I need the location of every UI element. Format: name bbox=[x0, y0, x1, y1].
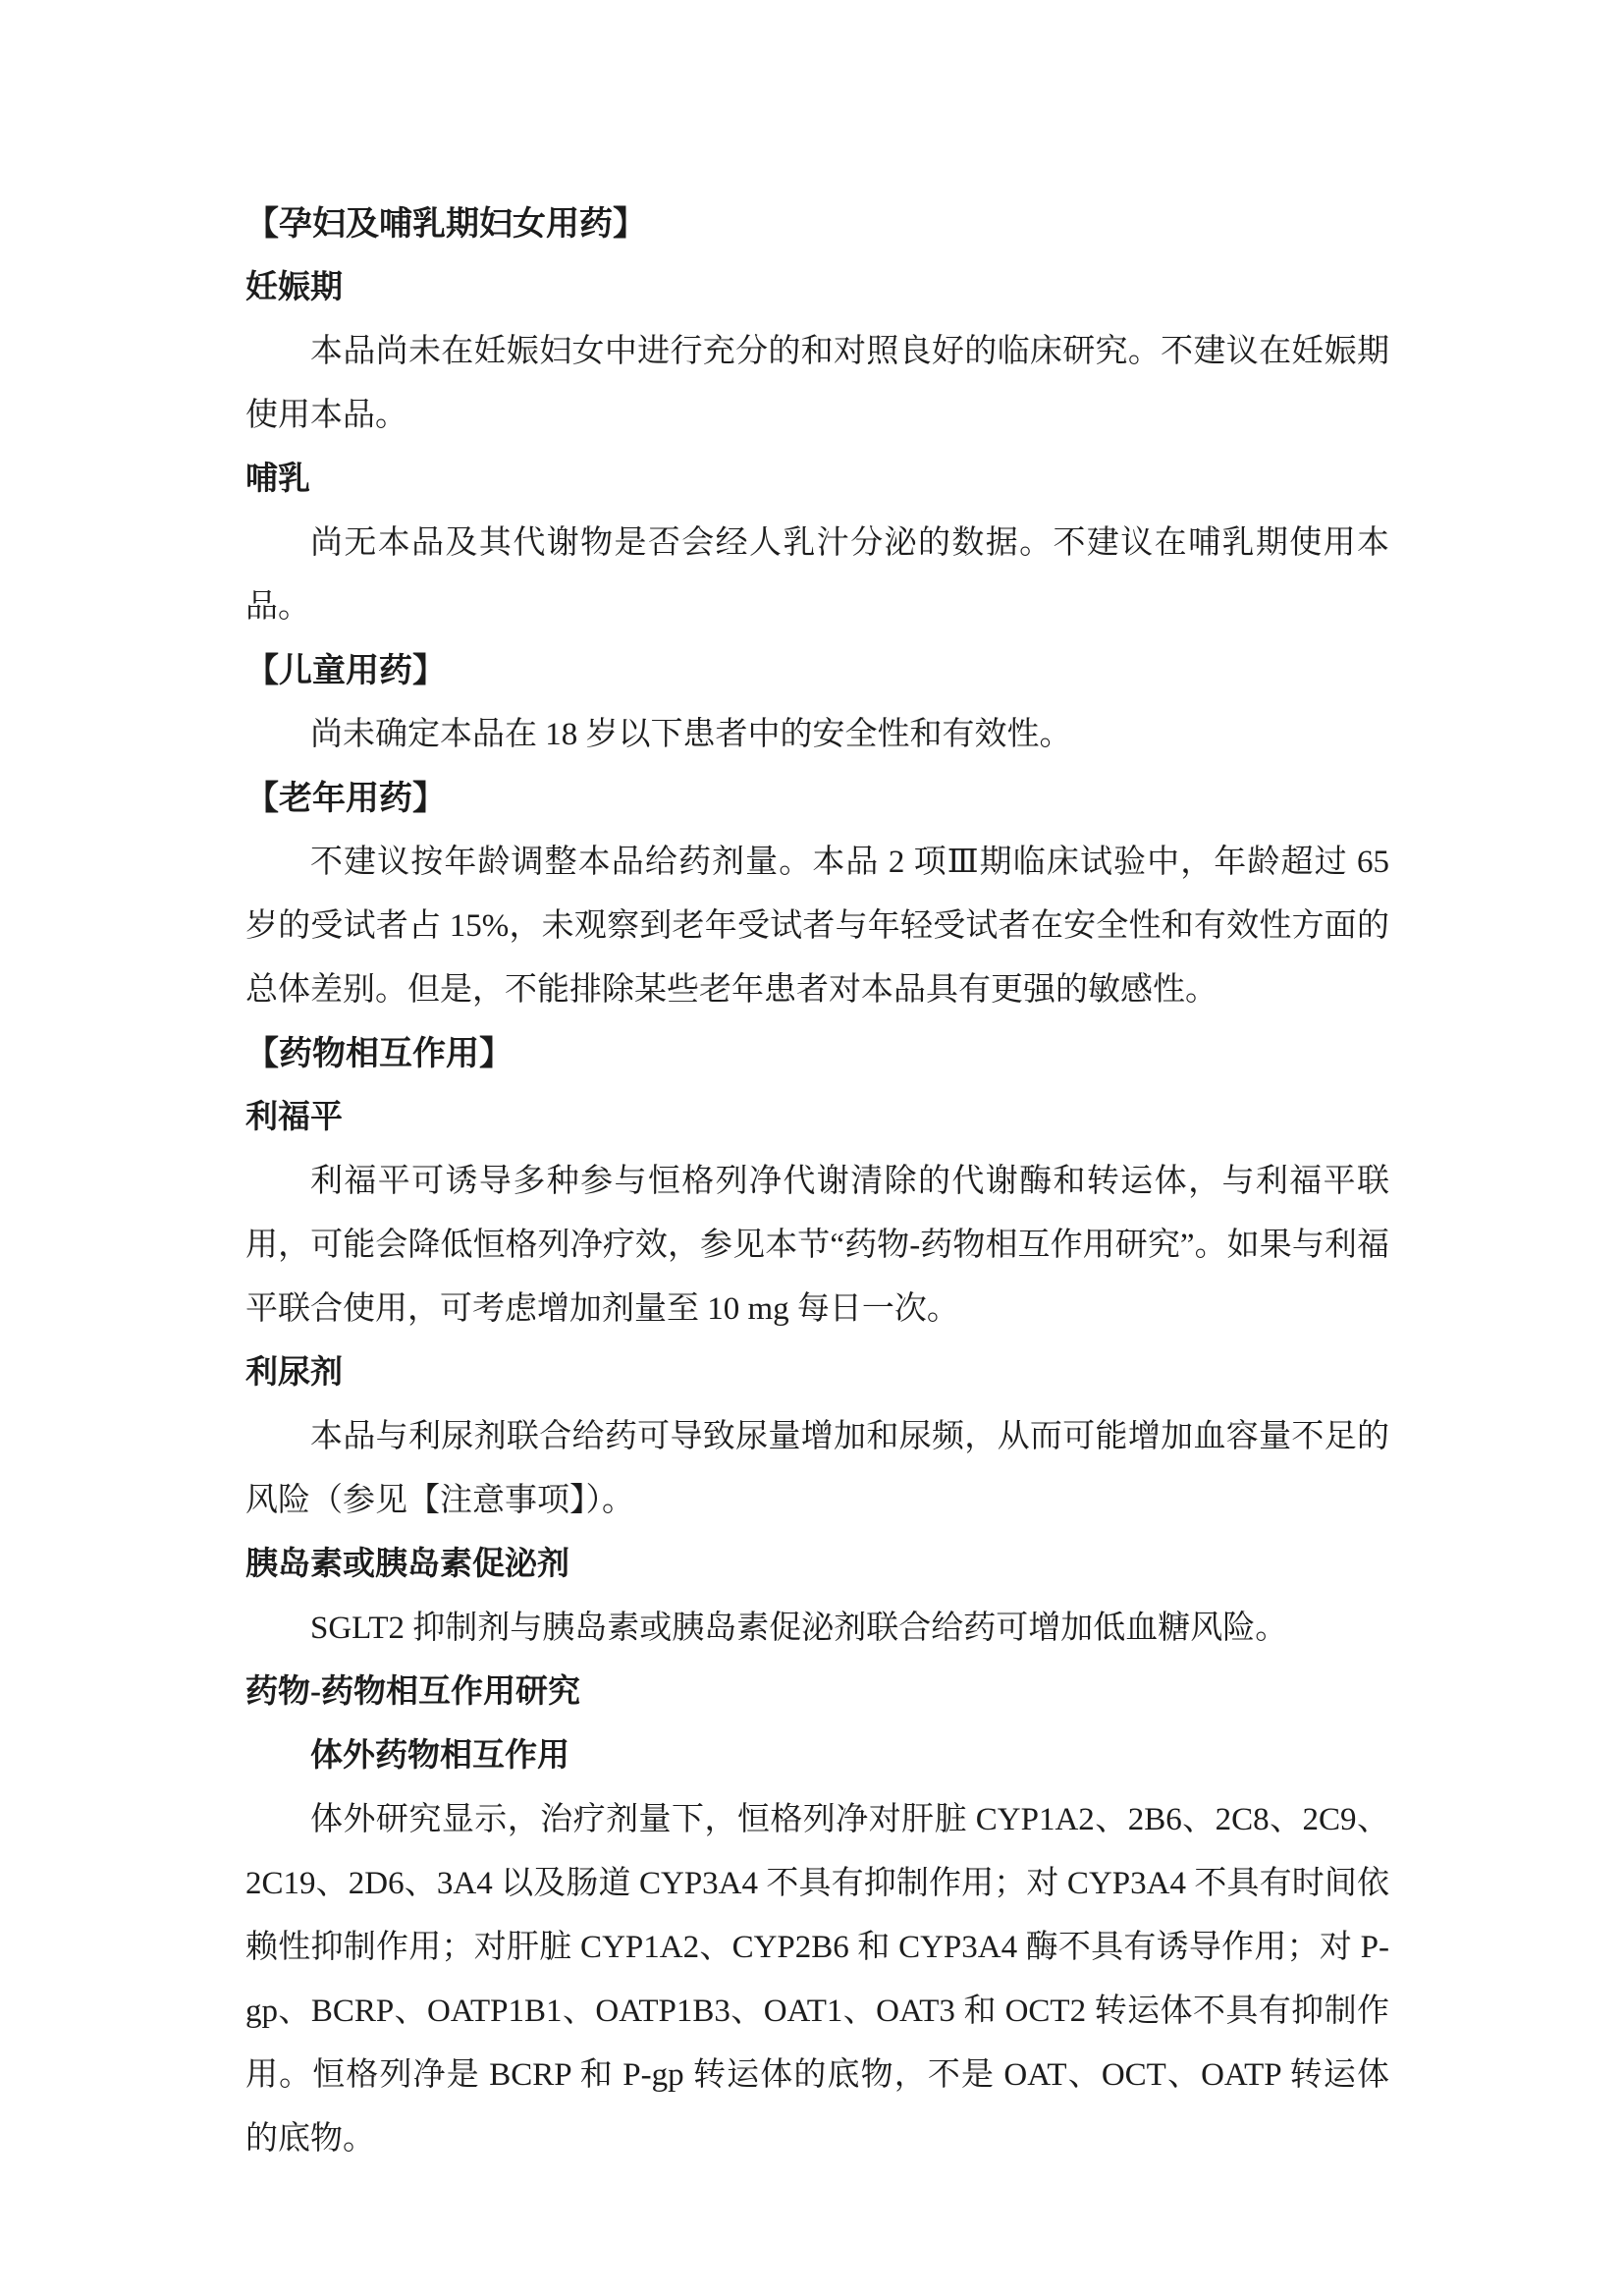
para-invitro-drug-interactions: 体外研究显示，治疗剂量下，恒格列净对肝脏 CYP1A2、2B6、2C8、2C9、… bbox=[245, 1788, 1389, 2171]
subheading-lactation: 哺乳 bbox=[245, 448, 1389, 512]
para-pregnancy: 本品尚未在妊娠妇女中进行充分的和对照良好的临床研究。不建议在妊娠期使用本品。 bbox=[245, 320, 1389, 448]
para-lactation: 尚无本品及其代谢物是否会经人乳汁分泌的数据。不建议在哺乳期使用本品。 bbox=[245, 512, 1389, 639]
subheading-pregnancy: 妊娠期 bbox=[245, 256, 1389, 320]
para-pediatric-use: 尚未确定本品在 18 岁以下患者中的安全性和有效性。 bbox=[245, 703, 1389, 767]
para-rifampin: 利福平可诱导多种参与恒格列净代谢清除的代谢酶和转运体，与利福平联用，可能会降低恒… bbox=[245, 1150, 1389, 1341]
para-geriatric-use: 不建议按年龄调整本品给药剂量。本品 2 项Ⅲ期临床试验中，年龄超过 65 岁的受… bbox=[245, 831, 1389, 1022]
para-diuretics: 本品与利尿剂联合给药可导致尿量增加和尿频，从而可能增加血容量不足的风险（参见【注… bbox=[245, 1405, 1389, 1533]
subheading-rifampin: 利福平 bbox=[245, 1086, 1389, 1150]
subheading-invitro-drug-interactions: 体外药物相互作用 bbox=[245, 1724, 1389, 1788]
subheading-drug-drug-interaction-studies: 药物-药物相互作用研究 bbox=[245, 1661, 1389, 1724]
subheading-diuretics: 利尿剂 bbox=[245, 1341, 1389, 1405]
subheading-insulin-secretagogues: 胰岛素或胰岛素促泌剂 bbox=[245, 1533, 1389, 1597]
heading-pediatric-use: 【儿童用药】 bbox=[245, 639, 1389, 703]
document-page: 【孕妇及哺乳期妇女用药】 妊娠期 本品尚未在妊娠妇女中进行充分的和对照良好的临床… bbox=[0, 0, 1623, 2296]
heading-drug-interactions: 【药物相互作用】 bbox=[245, 1022, 1389, 1086]
heading-pregnancy-lactation-use: 【孕妇及哺乳期妇女用药】 bbox=[245, 192, 1389, 256]
para-insulin-secretagogues: SGLT2 抑制剂与胰岛素或胰岛素促泌剂联合给药可增加低血糖风险。 bbox=[245, 1597, 1389, 1661]
heading-geriatric-use: 【老年用药】 bbox=[245, 767, 1389, 831]
